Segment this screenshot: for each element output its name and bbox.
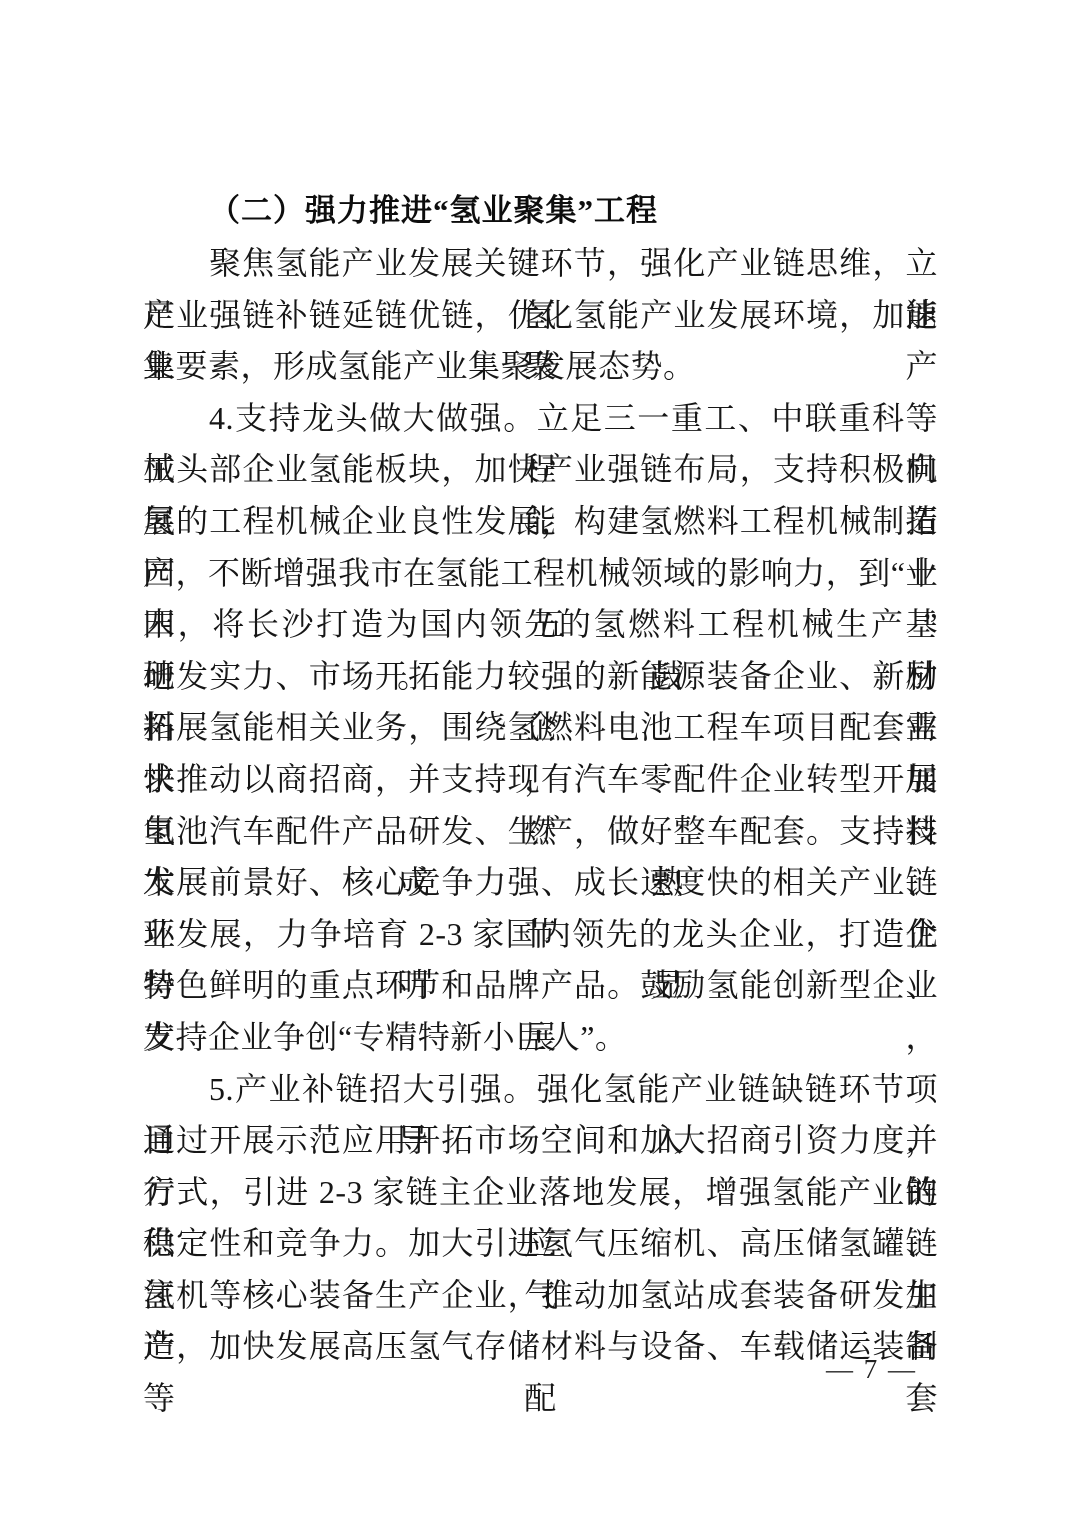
text-line: 聚焦氢能产业发展关键环节，强化产业链思维，立足氢能 <box>143 238 938 290</box>
text-line: 园，不断增强我市在氢能工程机械领域的影响力，到“十四五” <box>143 548 938 600</box>
document-page: （二）强力推进“氢业聚集”工程 聚焦氢能产业发展关键环节，强化产业链思维，立足氢… <box>0 0 1075 1520</box>
text-line: 方式，引进 2-3 家链主企业落地发展，增强氢能产业链供应链 <box>143 1167 938 1219</box>
text-line: 4.支持龙头做大做强。立足三一重工、中联重科等工程机 <box>143 393 938 445</box>
page-number: — 7 — <box>826 1352 917 1386</box>
text-line: 产业强链补链延链优链，优化氢能产业发展环境，加速集聚产 <box>143 290 938 342</box>
text-line: 造，加快发展高压氢气存储材料与设备、车载储运装备等配套 <box>143 1321 938 1373</box>
text-line: 研发实力、市场开拓能力较强的新能源装备企业、新材料企业 <box>143 651 938 703</box>
section-heading: （二）强力推进“氢业聚集”工程 <box>143 183 938 238</box>
text-line: 电池汽车配件产品研发、生产，做好整车配套。支持技术成熟、 <box>143 806 938 858</box>
text-line: 拓展氢能相关业务，围绕氢燃料电池工程车项目配套需求，加 <box>143 702 938 754</box>
text-line: 快推动以商招商，并支持现有汽车零配件企业转型开展氢燃料 <box>143 754 938 806</box>
text-line: 通过开展示范应用开拓市场空间和加大招商引资力度并行的 <box>143 1115 938 1167</box>
text-line: 业发展，力争培育 2-3 家国内领先的龙头企业，打造优势明显、 <box>143 909 938 961</box>
text-line: 5.产业补链招大引强。强化氢能产业链缺链环节项目导入， <box>143 1064 938 1116</box>
text-line: 特色鲜明的重点环节和品牌产品。鼓励氢能创新型企业发展， <box>143 960 938 1012</box>
text-line: 发展前景好、核心竞争力强、成长速度快的相关产业链环节企 <box>143 857 938 909</box>
text-line: 稳定性和竞争力。加大引进氢气压缩机、高压储氢罐、氢气加 <box>143 1218 938 1270</box>
text-line: 械头部企业氢能板块，加快产业强链布局，支持积极向氢能拓 <box>143 444 938 496</box>
text-line: 末，将长沙打造为国内领先的氢燃料工程机械生产基地。鼓励 <box>143 599 938 651</box>
document-body: （二）强力推进“氢业聚集”工程 聚焦氢能产业发展关键环节，强化产业链思维，立足氢… <box>143 183 938 1373</box>
text-line: 注机等核心装备生产企业，推动加氢站成套装备研发生产制 <box>143 1270 938 1322</box>
text-line: 展的工程机械企业良性发展，构建氢燃料工程机械制造产业 <box>143 496 938 548</box>
